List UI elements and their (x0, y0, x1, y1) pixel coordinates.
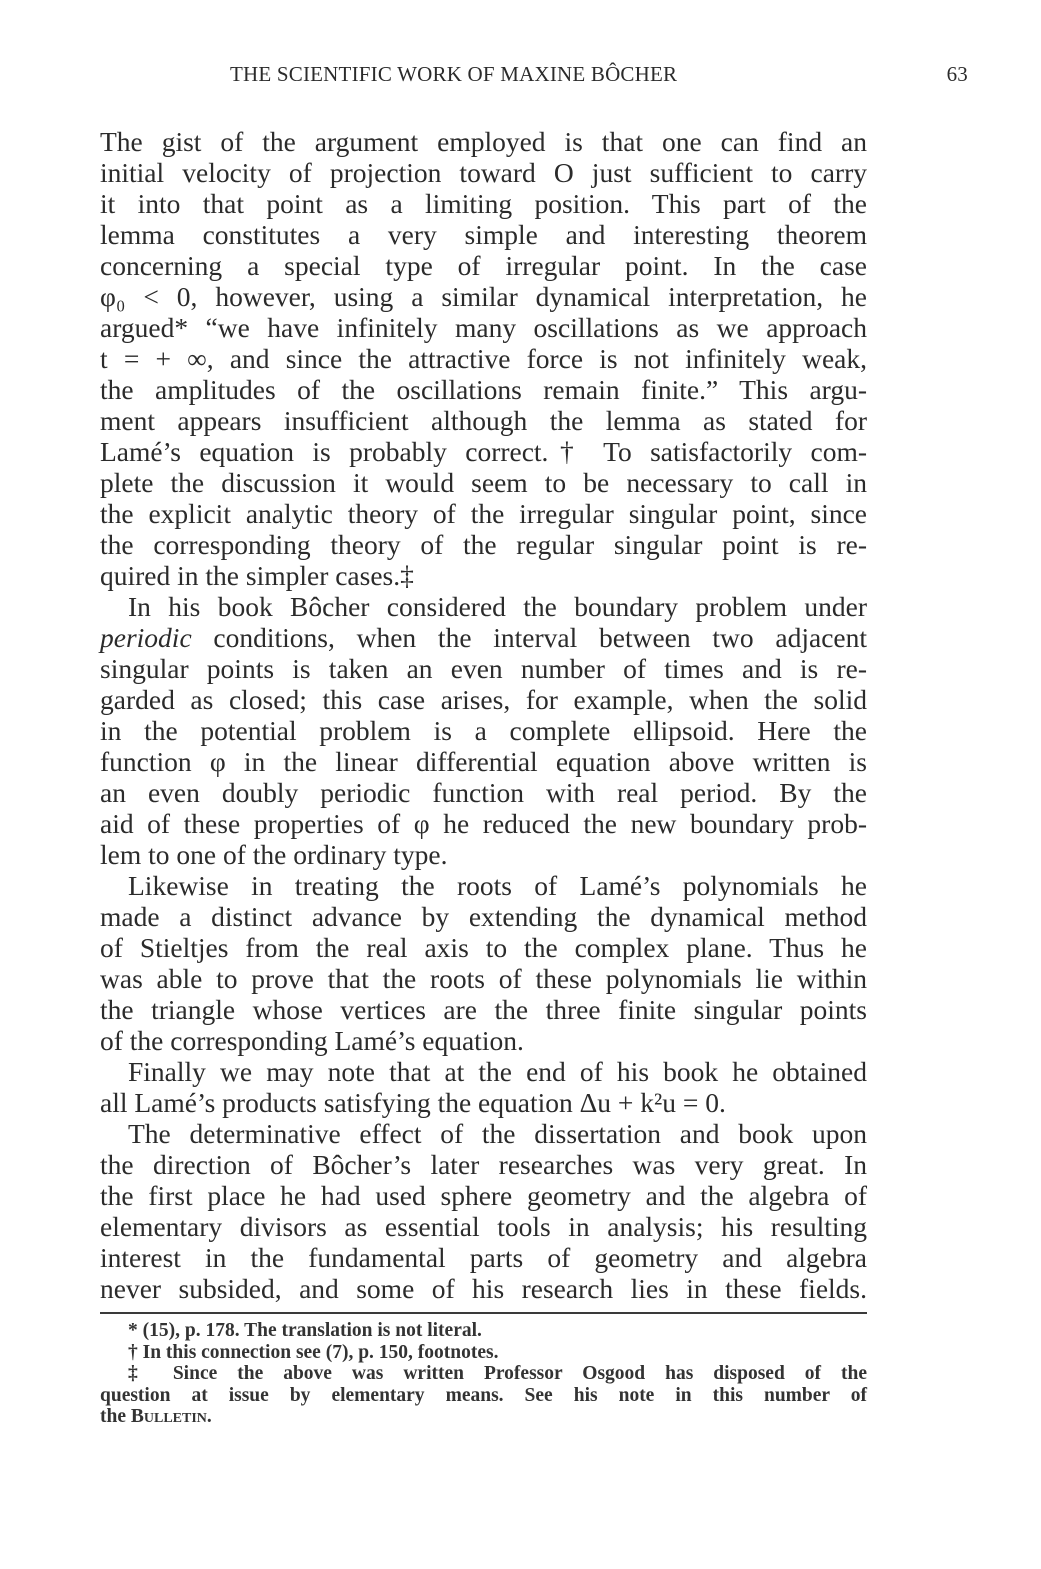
text-line: lem to one of the ordinary type. (100, 839, 867, 870)
text-line: φ₀ < 0, however, using a similar dynamic… (100, 281, 867, 312)
text-fragment: . (207, 1406, 212, 1427)
footnote-double-dagger: ‡ Since the above was written Professor … (100, 1363, 867, 1385)
italic-word: periodic (100, 622, 192, 653)
text-line: in the potential problem is a complete e… (100, 715, 867, 746)
text-line: made a distinct advance by extending the… (100, 901, 867, 932)
text-line: The gist of the argument employed is tha… (100, 126, 867, 157)
footnote-continuation: the Bulletin. (100, 1406, 867, 1428)
text-line: of the corresponding Lamé’s equation. (100, 1025, 867, 1056)
text-line: singular points is taken an even number … (100, 653, 867, 684)
text-line: the triangle whose vertices are the thre… (100, 994, 867, 1025)
footnote-continuation: question at issue by elementary means. S… (100, 1385, 867, 1407)
text-line: function φ in the linear differential eq… (100, 746, 867, 777)
paragraph-start-line: Likewise in treating the roots of Lamé’s… (100, 870, 867, 901)
text-line: the explicit analytic theory of the irre… (100, 498, 867, 529)
paragraph-start-line: Finally we may note that at the end of h… (100, 1056, 867, 1087)
journal-name: Bulletin (131, 1406, 207, 1427)
text-line: was able to prove that the roots of thes… (100, 963, 867, 994)
text-line: it into that point as a limiting positio… (100, 188, 867, 219)
text-line: never subsided, and some of his research… (100, 1273, 867, 1304)
running-head: THE SCIENTIFIC WORK OF MAXINE BÔCHER 63 (100, 62, 968, 92)
body-text: The gist of the argument employed is tha… (100, 126, 867, 1304)
footnote-divider (100, 1312, 867, 1314)
text-line: argued* “we have infinitely many oscilla… (100, 312, 867, 343)
paragraph-start-line: The determinative effect of the disserta… (100, 1118, 867, 1149)
text-line: quired in the simpler cases.‡ (100, 560, 867, 591)
text-fragment: conditions, when the interval between tw… (192, 622, 867, 653)
text-line: plete the discussion it would seem to be… (100, 467, 867, 498)
footnotes: * (15), p. 178. The translation is not l… (100, 1320, 867, 1428)
text-line: initial velocity of projection toward O … (100, 157, 867, 188)
text-line: garded as closed; this case arises, for … (100, 684, 867, 715)
text-line: elementary divisors as essential tools i… (100, 1211, 867, 1242)
text-line: the first place he had used sphere geome… (100, 1180, 867, 1211)
text-line: t = + ∞, and since the attractive force … (100, 343, 867, 374)
paragraph-start-line: In his book Bôcher considered the bounda… (100, 591, 867, 622)
text-line: Lamé’s equation is probably correct.† To… (100, 436, 867, 467)
text-line: an even doubly periodic function with re… (100, 777, 867, 808)
text-line: the corresponding theory of the regular … (100, 529, 867, 560)
running-title: THE SCIENTIFIC WORK OF MAXINE BÔCHER (230, 62, 677, 87)
text-fragment: the (100, 1406, 131, 1427)
text-line: aid of these properties of φ he reduced … (100, 808, 867, 839)
text-line: concerning a special type of irregular p… (100, 250, 867, 281)
text-line: periodic conditions, when the interval b… (100, 622, 867, 653)
text-line: ment appears insufficient although the l… (100, 405, 867, 436)
text-line: all Lamé’s products satisfying the equat… (100, 1087, 867, 1118)
text-line: lemma constitutes a very simple and inte… (100, 219, 867, 250)
text-line: the amplitudes of the oscillations remai… (100, 374, 867, 405)
text-line: of Stieltjes from the real axis to the c… (100, 932, 867, 963)
footnote-dagger: † In this connection see (7), p. 150, fo… (100, 1342, 867, 1364)
page-number: 63 (947, 62, 968, 87)
text-line: interest in the fundamental parts of geo… (100, 1242, 867, 1273)
footnote-asterisk: * (15), p. 178. The translation is not l… (100, 1320, 867, 1342)
text-line: the direction of Bôcher’s later research… (100, 1149, 867, 1180)
